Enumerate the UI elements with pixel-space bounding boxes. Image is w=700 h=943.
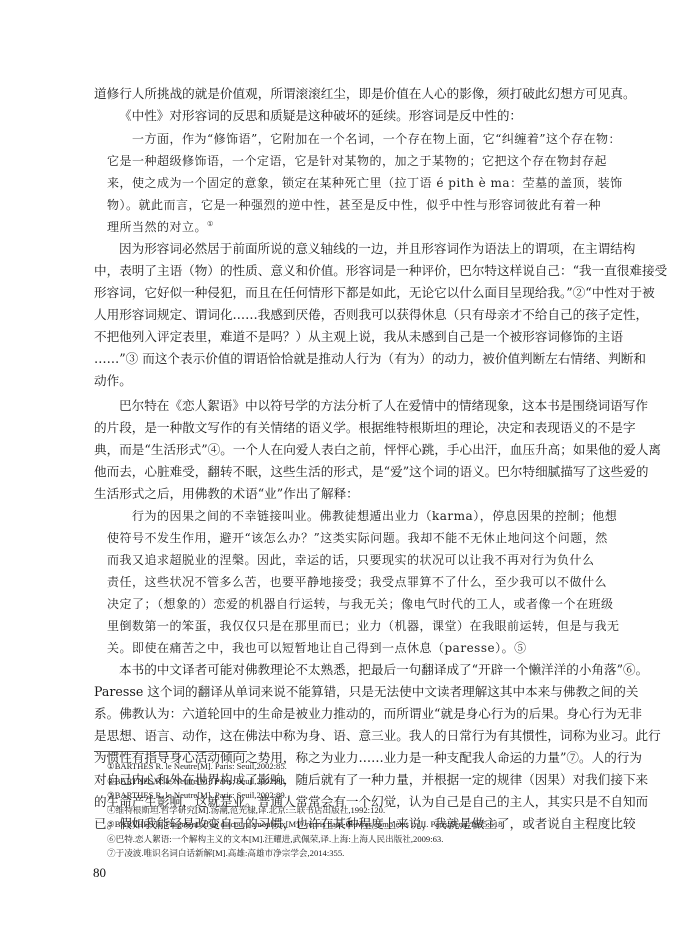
paragraph-line: Paresse 这个词的翻译从单词来说不能算错，只是无法使中文读者理解这其中本来… bbox=[94, 684, 584, 700]
page-number: 80 bbox=[93, 865, 106, 881]
block-quote-line: 决定了；（想象的）恋爱的机器自行运转，与我无关；像电气时代的工人，或者像一个在班… bbox=[107, 596, 582, 612]
paragraph-line: 是思想、语言、动作，这在佛法中称为身、语、意三业。我人的日常行为有其惯性，词称为… bbox=[94, 728, 584, 744]
paragraph-line: 的片段，是一种散文写作的有关情绪的语义学。根据维特根斯坦的理论，决定和表现语义的… bbox=[94, 420, 584, 436]
paragraph-line: 不把他列入评定表里，难道不是吗？）从主观上说，我从未感到自己是一个被形容词修饰的… bbox=[94, 329, 584, 345]
paragraph-line: 生活形式之后，用佛教的术语“业”作出了解释： bbox=[94, 486, 584, 502]
paragraph-line: 中，表明了主语（物）的性质、意义和价值。形容词是一种评价，巴尔特这样说自己：“我… bbox=[94, 263, 584, 279]
book-page: 道修行人所挑战的就是价值观，所谓滚滚红尘，即是价值在人心的影像，须打破此幻想方可… bbox=[0, 0, 700, 943]
paragraph-line: 系。佛教认为：六道轮回中的生命是被业力推动的，而所谓业“就是身心行为的后果。身心… bbox=[94, 706, 584, 722]
footnote-item: ④维特根斯坦.哲学研究[M].汤潮,范光棣,译.北京:三联书店出版社,1992:… bbox=[107, 804, 385, 816]
footnote-separator bbox=[94, 751, 247, 752]
block-quote-line: 来，使之成为一个固定的意象，锁定在某种死亡里（拉丁语 é pith è ma：茔… bbox=[107, 175, 582, 191]
block-quote-line: 责任，这些状况不管多么苦，也要平静地接受；我受点罪算不了什么，至少我可以不做什么 bbox=[107, 574, 582, 590]
paragraph-line: 因为形容词必然居于前面所说的意义轴线的一边，并且形容词作为语法上的谓项，在主谓结… bbox=[94, 241, 584, 257]
paragraph-line: 本书的中文译者可能对佛教理论不太熟悉，把最后一句翻译成了“开辟一个懒洋洋的小角落… bbox=[94, 662, 584, 678]
block-quote-line: 一方面，作为“修饰语”，它附加在一个名词，一个存在物上面，它“纠缠着”这个存在物… bbox=[107, 131, 582, 147]
paragraph-line: 巴尔特在《恋人絮语》中以符号学的方法分析了人在爱情中的情绪现象，这本书是围绕词语… bbox=[94, 398, 584, 414]
paragraph-line: ……”③ 而这个表示价值的谓语恰恰就是推动人行为（有为）的动力，被价值判断左右情… bbox=[94, 351, 584, 367]
block-quote-line: 关。即使在痛苦之中，我也可以短暂地让自己得到一点休息（paresse）。⑤ bbox=[107, 640, 582, 656]
footnote-item: ⑥巴特.恋人絮语:一个解构主义的文本[M].汪耀进,武佩荣,译.上海:上海人民出… bbox=[107, 833, 443, 845]
block-quote-line: 物）。就此而言，它是一种强烈的逆中性，甚至是反中性，似乎中性与形容词彼此有着一种 bbox=[107, 197, 582, 213]
block-quote-line: 理所当然的对立。① bbox=[107, 219, 582, 235]
paragraph-line: 典，而是“生活形式”④。一个人在向爱人表白之前，怦怦心跳，手心出汗，血压升高；如… bbox=[94, 442, 584, 458]
paragraph-line: 道修行人所挑战的就是价值观，所谓滚滚红尘，即是价值在人心的影像，须打破此幻想方可… bbox=[94, 86, 584, 102]
block-quote-line: 它是一种超级修饰语，一个定语，它是针对某物的，加之于某物的；它把这个存在物封存起 bbox=[107, 153, 582, 169]
paragraph-line: 形容词，它好似一种侵犯，而且在任何情形下都是如此，无论它以什么面目呈现给我。”②… bbox=[94, 285, 584, 301]
footnote-item: ①BARTHES R. le Neutre[M]. Paris: Seuil,2… bbox=[107, 760, 287, 772]
paragraph-line: 动作。 bbox=[94, 373, 584, 389]
footnote-item: ③BARTHES R. le Neutre[M]. Paris: Seuil,2… bbox=[107, 789, 287, 801]
footnote-marker: ① bbox=[207, 220, 214, 228]
footnote-item: ⑦于凌波.唯识名词白话新解[M].高雄:高雄市净宗学会,2014:355. bbox=[107, 847, 344, 859]
paragraph-line: 《中性》对形容词的反思和质疑是这种破坏的延续。形容词是反中性的： bbox=[94, 108, 584, 124]
footnote-item: ⑤BARTHES R. Fragments d'un discours amou… bbox=[107, 818, 505, 830]
paragraph-line: 人用形容词规定、谓词化……我感到厌倦，否则我可以获得休息（只有母亲才不给自己的孩… bbox=[94, 307, 584, 323]
block-quote-line: 使符号不发生作用，避开“该怎么办？”这类实际问题。我却不能不无休止地问这个问题，… bbox=[107, 530, 582, 546]
block-quote-line: 行为的因果之间的不幸链接叫业。佛教徒想遁出业力（karma），停息因果的控制；他… bbox=[107, 508, 582, 524]
block-quote-line: 而我又追求超脱业的涅槃。因此，幸运的话，只要现实的状况可以让我不再对行为负什么 bbox=[107, 552, 582, 568]
block-quote-line: 里倒数第一的笨蛋，我仅仅只是在那里而已；业力（机器，课堂）在我眼前运转，但是与我… bbox=[107, 618, 582, 634]
footnote-item: ②BARTHES R. le Neutre[M]. Paris: Seuil,2… bbox=[107, 775, 287, 787]
paragraph-line: 他而去，心脏难受，翻转不眠，这些生活的形式，是“爱”这个词的语义。巴尔特细腻描写… bbox=[94, 464, 584, 480]
